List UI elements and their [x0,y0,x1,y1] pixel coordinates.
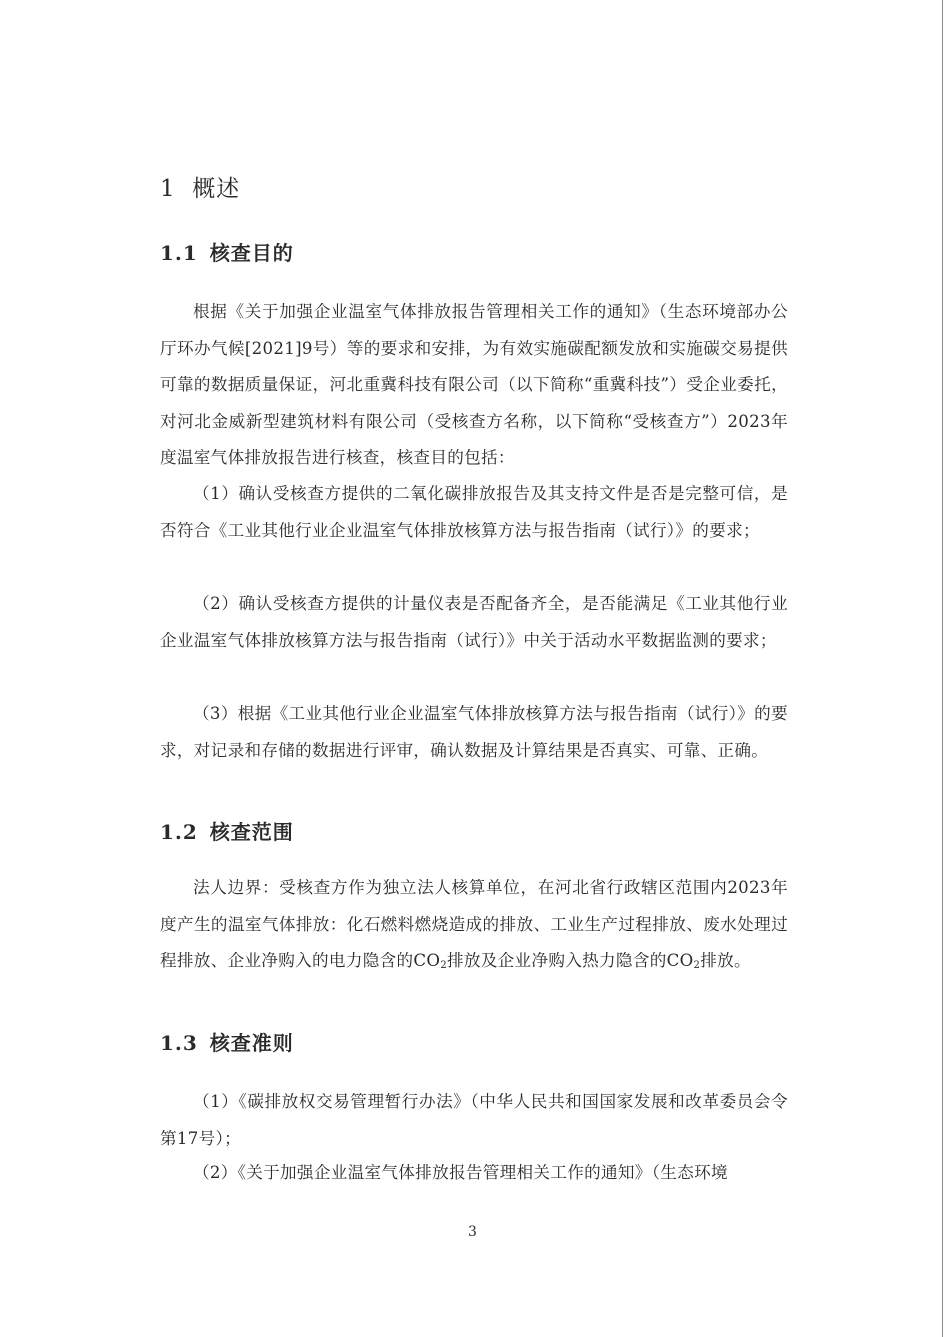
section-title: 核查范围 [210,820,294,844]
section-number: 1.3 [160,1031,198,1055]
criteria-item-1: （1）《碳排放权交易管理暂行办法》（中华人民共和国国家发展和改革委员会令第17号… [160,1084,788,1157]
scope-text-3: 排放。 [700,951,751,970]
co2-subscript: 2 [440,960,447,971]
scope-text-2: 排放及企业净购入热力隐含的CO [447,951,694,970]
chapter-number: 1 [160,176,176,202]
purpose-item-1: （1）确认受核查方提供的二氧化碳排放报告及其支持文件是否是完整可信，是否符合《工… [160,476,788,549]
chapter-title: 概述 [192,176,240,202]
scope-paragraph: 法人边界：受核查方作为独立法人核算单位，在河北省行政辖区范围内2023年度产生的… [160,870,788,985]
section-heading-1-2: 1.2核查范围 [160,816,294,845]
purpose-item-2: （2）确认受核查方提供的计量仪表是否配备齐全，是否能满足《工业其他行业企业温室气… [160,586,788,659]
page-edge-line [942,0,943,1337]
section-title: 核查准则 [210,1031,294,1055]
section-number: 1.2 [160,820,198,844]
section-heading-1-1: 1.1核查目的 [160,237,294,266]
section-title: 核查目的 [210,241,294,265]
section-heading-1-3: 1.3核查准则 [160,1027,294,1056]
document-page: 1 概述 1.1核查目的 根据《关于加强企业温室气体排放报告管理相关工作的通知》… [0,0,945,1337]
page-number: 3 [0,1224,945,1240]
purpose-intro-paragraph: 根据《关于加强企业温室气体排放报告管理相关工作的通知》（生态环境部办公厅环办气候… [160,294,788,477]
section-number: 1.1 [160,241,198,265]
purpose-item-3: （3）根据《工业其他行业企业温室气体排放核算方法与报告指南（试行）》的要求，对记… [160,696,788,769]
chapter-heading: 1 概述 [160,170,240,203]
criteria-item-2: （2）《关于加强企业温室气体排放报告管理相关工作的通知》（生态环境 [160,1155,788,1192]
